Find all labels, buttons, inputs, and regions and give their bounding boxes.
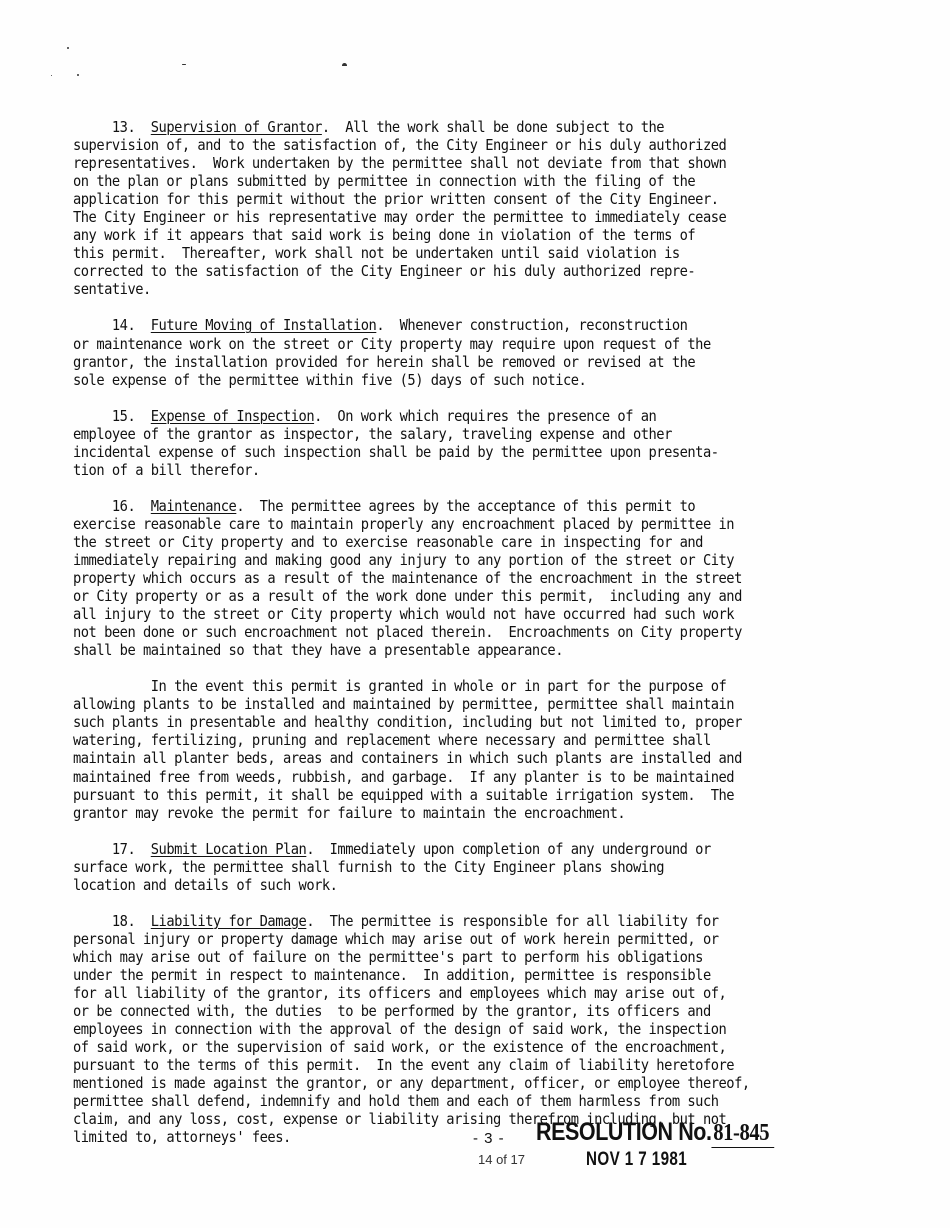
page-count: 14 of 17: [478, 1152, 525, 1167]
text-line: any work if it appears that said work is…: [73, 226, 797, 244]
section-number: 13.: [73, 118, 151, 136]
text-line: maintain all planter beds, areas and con…: [73, 749, 797, 767]
section-text: . Whenever construction, reconstruction: [376, 316, 687, 334]
text-line: sentative.: [73, 280, 797, 298]
resolution-date: NOV 1 7 1981: [586, 1149, 687, 1171]
text-line: 14. Future Moving of Installation. Whene…: [73, 316, 797, 334]
section-number: 15.: [73, 407, 151, 425]
text-line: property which occurs as a result of the…: [73, 569, 797, 587]
text-line: employee of the grantor as inspector, th…: [73, 425, 797, 443]
text-line: or City property or as a result of the w…: [73, 587, 797, 605]
text-line: 16. Maintenance. The permittee agrees by…: [73, 497, 797, 515]
text-line: representatives. Work undertaken by the …: [73, 154, 797, 172]
text-line: allowing plants to be installed and main…: [73, 695, 797, 713]
text-line: not been done or such encroachment not p…: [73, 623, 797, 641]
text-line: watering, fertilizing, pruning and repla…: [73, 731, 797, 749]
text-line: mentioned is made against the grantor, o…: [73, 1074, 797, 1092]
text-line: pursuant to the terms of this permit. In…: [73, 1056, 797, 1074]
resolution-number: 81-845: [712, 1120, 775, 1148]
text-line: 18. Liability for Damage. The permittee …: [73, 912, 797, 930]
text-line: location and details of such work.: [73, 876, 797, 894]
document-body: 13. Supervision of Grantor. All the work…: [73, 118, 797, 1164]
text-line: supervision of, and to the satisfaction …: [73, 136, 797, 154]
scan-speck: [51, 75, 52, 76]
text-line: maintained free from weeds, rubbish, and…: [73, 768, 797, 786]
section-heading: Supervision of Grantor: [151, 118, 322, 136]
section-heading: Expense of Inspection: [151, 407, 314, 425]
section-text: . Immediately upon completion of any und…: [306, 840, 710, 858]
section-text: . All the work shall be done subject to …: [322, 118, 664, 136]
text-line: permittee shall defend, indemnify and ho…: [73, 1092, 797, 1110]
section-number: 18.: [73, 912, 151, 930]
section-number: 14.: [73, 316, 151, 334]
section-text: . The permittee is responsible for all l…: [306, 912, 718, 930]
scan-speck: [342, 63, 347, 66]
text-line: on the plan or plans submitted by permit…: [73, 172, 797, 190]
text-line: personal injury or property damage which…: [73, 930, 797, 948]
resolution-stamp: RESOLUTION No.81-845: [536, 1118, 774, 1148]
section-heading: Submit Location Plan: [151, 840, 307, 858]
text-line: exercise reasonable care to maintain pro…: [73, 515, 797, 533]
text-line: or maintenance work on the street or Cit…: [73, 335, 797, 353]
text-line: sole expense of the permittee within fiv…: [73, 371, 797, 389]
text-line: or be connected with, the duties to be p…: [73, 1002, 797, 1020]
section-text: In the event this permit is granted in w…: [73, 677, 726, 695]
text-line: for all liability of the grantor, its of…: [73, 984, 797, 1002]
scan-speck: [77, 74, 79, 76]
section-number: 16.: [73, 497, 151, 515]
section-text: . On work which requires the presence of…: [314, 407, 656, 425]
section-heading: Maintenance: [151, 497, 237, 515]
text-line: grantor, the installation provided for h…: [73, 353, 797, 371]
resolution-label: RESOLUTION No.: [536, 1118, 712, 1146]
text-line: shall be maintained so that they have a …: [73, 641, 797, 659]
section-16: 16. Maintenance. The permittee agrees by…: [73, 497, 797, 659]
section-14: 14. Future Moving of Installation. Whene…: [73, 316, 797, 388]
section-paragraph: In the event this permit is granted in w…: [73, 677, 797, 821]
text-line: all injury to the street or City propert…: [73, 605, 797, 623]
text-line: 13. Supervision of Grantor. All the work…: [73, 118, 797, 136]
text-line: grantor may revoke the permit for failur…: [73, 804, 797, 822]
text-line: employees in connection with the approva…: [73, 1020, 797, 1038]
text-line: the street or City property and to exerc…: [73, 533, 797, 551]
section-heading: Liability for Damage: [151, 912, 307, 930]
section-18: 18. Liability for Damage. The permittee …: [73, 912, 797, 1147]
text-line: corrected to the satisfaction of the Cit…: [73, 262, 797, 280]
section-15: 15. Expense of Inspection. On work which…: [73, 407, 797, 479]
document-page: 13. Supervision of Grantor. All the work…: [0, 0, 950, 1228]
text-line: which may arise out of failure on the pe…: [73, 948, 797, 966]
text-line: incidental expense of such inspection sh…: [73, 443, 797, 461]
text-line: under the permit in respect to maintenan…: [73, 966, 797, 984]
text-line: this permit. Thereafter, work shall not …: [73, 244, 797, 262]
text-line: such plants in presentable and healthy c…: [73, 713, 797, 731]
text-line: application for this permit without the …: [73, 190, 797, 208]
text-line: immediately repairing and making good an…: [73, 551, 797, 569]
section-13: 13. Supervision of Grantor. All the work…: [73, 118, 797, 298]
text-line: pursuant to this permit, it shall be equ…: [73, 786, 797, 804]
scan-speck: [67, 47, 69, 49]
text-line: 15. Expense of Inspection. On work which…: [73, 407, 797, 425]
section-number: 17.: [73, 840, 151, 858]
page-number: - 3 -: [473, 1130, 505, 1147]
text-line: surface work, the permittee shall furnis…: [73, 858, 797, 876]
text-line: The City Engineer or his representative …: [73, 208, 797, 226]
text-line: of said work, or the supervision of said…: [73, 1038, 797, 1056]
section-text: . The permittee agrees by the acceptance…: [236, 497, 695, 515]
text-line: 17. Submit Location Plan. Immediately up…: [73, 840, 797, 858]
section-heading: Future Moving of Installation: [151, 316, 377, 334]
scan-speck: [182, 64, 186, 65]
section-17: 17. Submit Location Plan. Immediately up…: [73, 840, 797, 894]
text-line: In the event this permit is granted in w…: [73, 677, 797, 695]
text-line: tion of a bill therefor.: [73, 461, 797, 479]
